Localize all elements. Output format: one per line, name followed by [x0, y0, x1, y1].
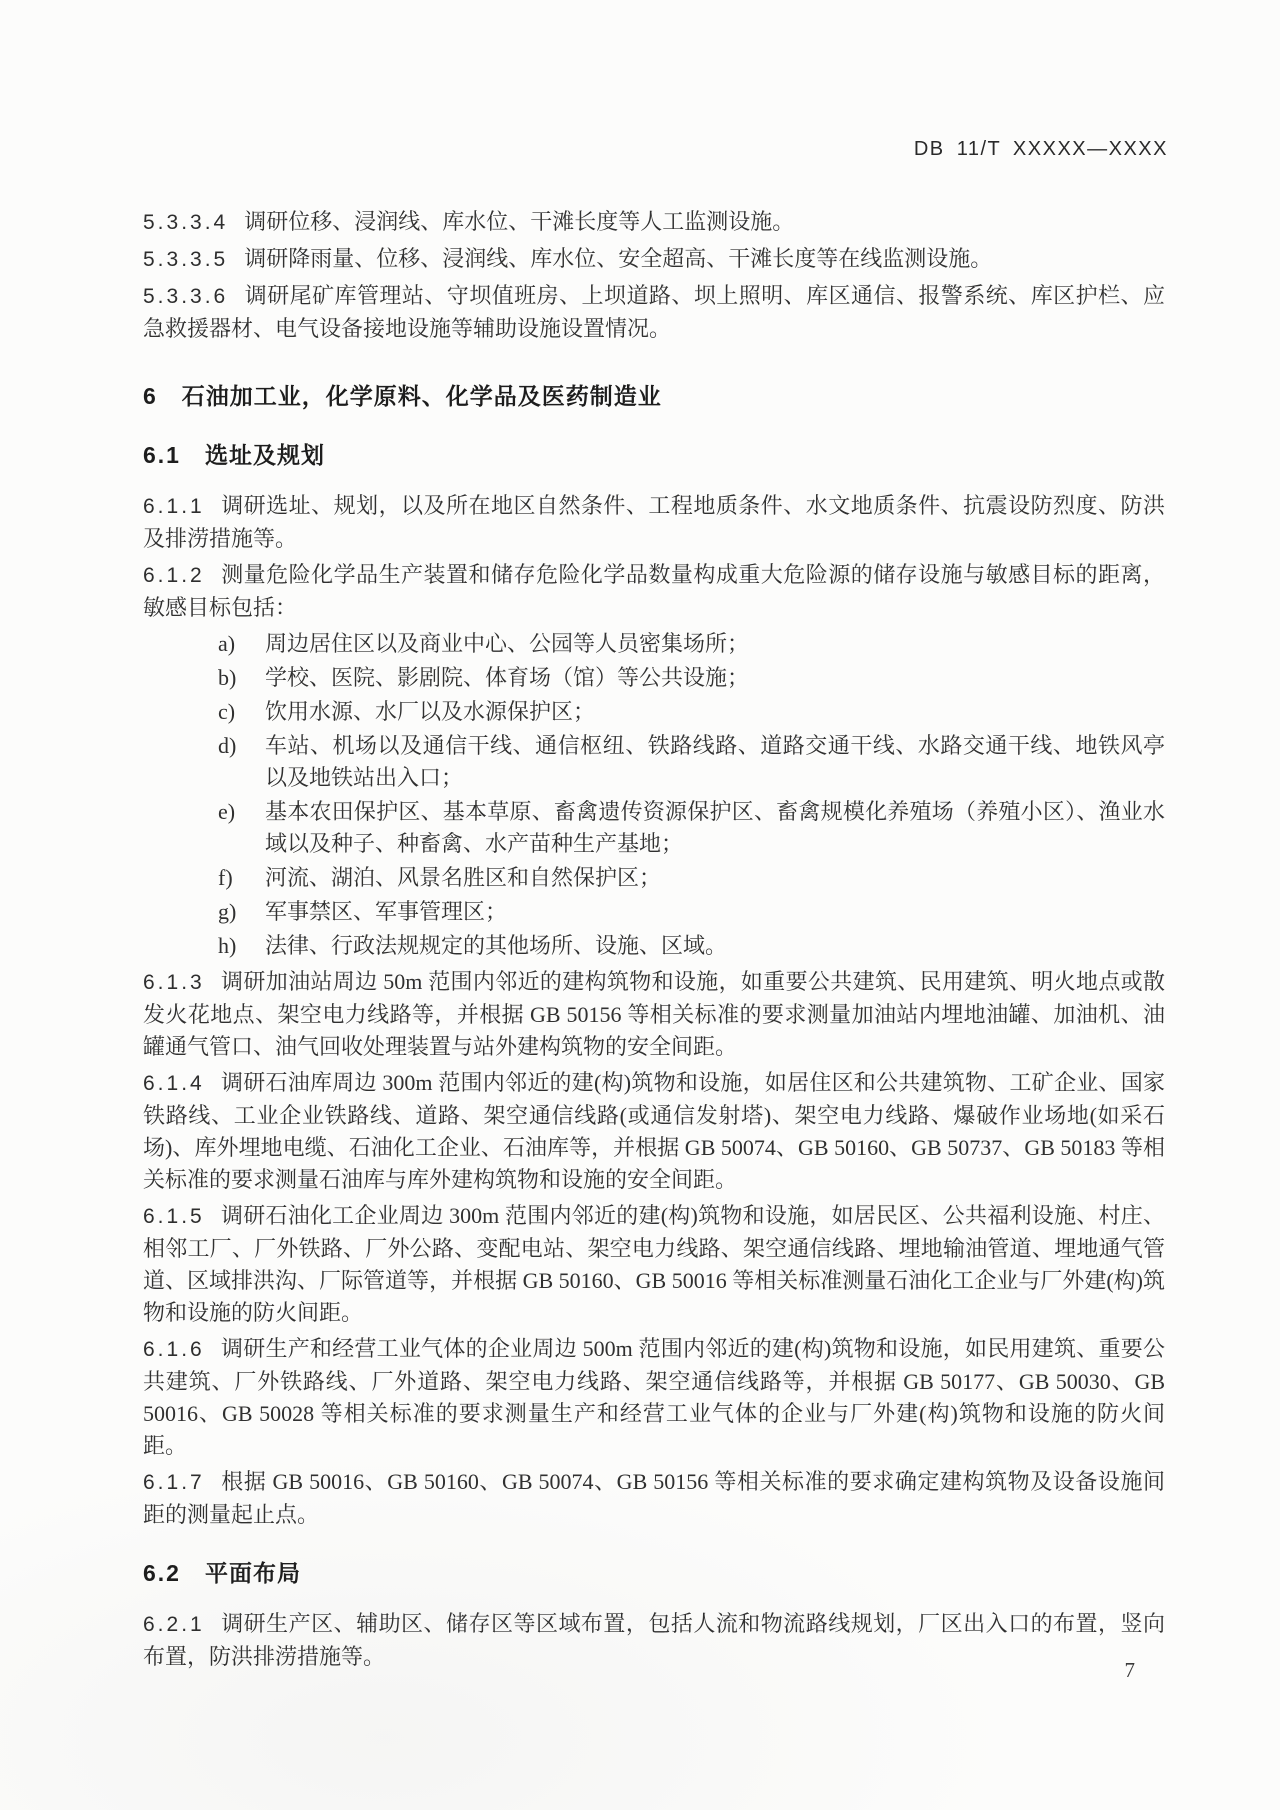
- clause-5-3-3-4: 5.3.3.4调研位移、浸润线、库水位、干滩长度等人工监测设施。: [143, 206, 1165, 239]
- clause-text: 根据 GB 50016、GB 50160、GB 50074、GB 50156 等…: [143, 1469, 1165, 1527]
- clause-text: 调研降雨量、位移、浸润线、库水位、安全超高、干滩长度等在线监测设施。: [244, 246, 992, 271]
- clause-number: 6.1.4: [143, 1072, 205, 1095]
- clause-6-1-6: 6.1.6调研生产和经营工业气体的企业周边 500m 范围内邻近的建(构)筑物和…: [143, 1333, 1165, 1462]
- clause-number: 6.1.5: [143, 1205, 205, 1228]
- list-item-text: 学校、医院、影剧院、体育场（馆）等公共设施；: [265, 665, 749, 690]
- clause-number: 5.3.3.6: [143, 285, 228, 308]
- clause-text: 调研生产区、辅助区、储存区等区域布置，包括人流和物流路线规划，厂区出入口的布置，…: [143, 1611, 1165, 1669]
- clause-text: 调研尾矿库管理站、守坝值班房、上坝道路、坝上照明、库区通信、报警系统、库区护栏、…: [143, 283, 1165, 341]
- sensitive-targets-list: a)周边居住区以及商业中心、公园等人员密集场所； b)学校、医院、影剧院、体育场…: [143, 628, 1165, 962]
- clause-text: 调研位移、浸润线、库水位、干滩长度等人工监测设施。: [244, 209, 794, 234]
- section-title: 平面布局: [205, 1560, 301, 1586]
- list-item: h)法律、行政法规规定的其他场所、设施、区域。: [143, 930, 1165, 962]
- clause-number: 5.3.3.5: [143, 248, 228, 271]
- list-item-text: 法律、行政法规规定的其他场所、设施、区域。: [265, 933, 727, 958]
- clause-number: 6.1.1: [143, 495, 205, 518]
- page-header: DB 11/T XXXXX—XXXX: [914, 138, 1168, 161]
- clause-number: 6.1.2: [143, 564, 205, 587]
- list-item-text: 车站、机场以及通信干线、通信枢纽、铁路线路、道路交通干线、水路交通干线、地铁风亭…: [265, 733, 1165, 790]
- clause-text: 调研加油站周边 50m 范围内邻近的建构筑物和设施，如重要公共建筑、民用建筑、明…: [143, 969, 1165, 1059]
- clause-number: 6.1.7: [143, 1471, 205, 1494]
- list-item-label: f): [218, 862, 233, 894]
- list-item-text: 河流、湖泊、风景名胜区和自然保护区；: [265, 865, 661, 890]
- clause-5-3-3-5: 5.3.3.5调研降雨量、位移、浸润线、库水位、安全超高、干滩长度等在线监测设施…: [143, 243, 1165, 276]
- clause-6-1-5: 6.1.5调研石油化工企业周边 300m 范围内邻近的建(构)筑物和设施，如居民…: [143, 1200, 1165, 1329]
- list-item: c)饮用水源、水厂以及水源保护区；: [143, 696, 1165, 728]
- clause-number: 5.3.3.4: [143, 211, 228, 234]
- clause-number: 6.1.3: [143, 971, 205, 994]
- list-item: d)车站、机场以及通信干线、通信枢纽、铁路线路、道路交通干线、水路交通干线、地铁…: [143, 730, 1165, 794]
- list-item-label: c): [218, 696, 235, 728]
- list-item-text: 周边居住区以及商业中心、公园等人员密集场所；: [265, 631, 749, 656]
- list-item-text: 基本农田保护区、基本草原、畜禽遗传资源保护区、畜禽规模化养殖场（养殖小区）、渔业…: [265, 799, 1165, 856]
- section-title: 石油加工业，化学原料、化学品及医药制造业: [182, 383, 662, 409]
- list-item-text: 军事禁区、军事管理区；: [265, 899, 507, 924]
- clause-6-2-1: 6.2.1调研生产区、辅助区、储存区等区域布置，包括人流和物流路线规划，厂区出入…: [143, 1608, 1165, 1673]
- list-item-label: e): [218, 796, 235, 828]
- clause-text: 调研石油库周边 300m 范围内邻近的建(构)筑物和设施，如居住区和公共建筑物、…: [143, 1070, 1165, 1192]
- clause-5-3-3-6: 5.3.3.6调研尾矿库管理站、守坝值班房、上坝道路、坝上照明、库区通信、报警系…: [143, 280, 1165, 345]
- clause-6-1-7: 6.1.7根据 GB 50016、GB 50160、GB 50074、GB 50…: [143, 1466, 1165, 1531]
- page-number: 7: [1125, 1658, 1136, 1683]
- clause-text: 调研石油化工企业周边 300m 范围内邻近的建(构)筑物和设施，如居民区、公共福…: [143, 1203, 1165, 1325]
- section-6-1-heading: 6.1选址及规划: [143, 438, 1165, 472]
- clause-6-1-3: 6.1.3调研加油站周边 50m 范围内邻近的建构筑物和设施，如重要公共建筑、民…: [143, 966, 1165, 1063]
- section-number: 6.1: [143, 442, 181, 468]
- section-title: 选址及规划: [205, 442, 325, 468]
- list-item-label: b): [218, 662, 236, 694]
- list-item: a)周边居住区以及商业中心、公园等人员密集场所；: [143, 628, 1165, 660]
- clause-6-1-4: 6.1.4调研石油库周边 300m 范围内邻近的建(构)筑物和设施，如居住区和公…: [143, 1067, 1165, 1196]
- clause-text: 调研选址、规划，以及所在地区自然条件、工程地质条件、水文地质条件、抗震设防烈度、…: [143, 493, 1165, 551]
- section-number: 6: [143, 383, 158, 409]
- clause-6-1-1: 6.1.1调研选址、规划，以及所在地区自然条件、工程地质条件、水文地质条件、抗震…: [143, 490, 1165, 555]
- section-6-2-heading: 6.2平面布局: [143, 1556, 1165, 1590]
- section-number: 6.2: [143, 1560, 181, 1586]
- list-item-label: d): [218, 730, 236, 762]
- clause-text: 调研生产和经营工业气体的企业周边 500m 范围内邻近的建(构)筑物和设施，如民…: [143, 1336, 1165, 1458]
- clause-number: 6.2.1: [143, 1613, 205, 1636]
- list-item-label: h): [218, 930, 236, 962]
- list-item: f)河流、湖泊、风景名胜区和自然保护区；: [143, 862, 1165, 894]
- clause-text: 测量危险化学品生产装置和储存危险化学品数量构成重大危险源的储存设施与敏感目标的距…: [143, 562, 1165, 620]
- clause-6-1-2: 6.1.2测量危险化学品生产装置和储存危险化学品数量构成重大危险源的储存设施与敏…: [143, 559, 1165, 624]
- list-item: g)军事禁区、军事管理区；: [143, 896, 1165, 928]
- list-item-text: 饮用水源、水厂以及水源保护区；: [265, 699, 595, 724]
- clause-number: 6.1.6: [143, 1338, 205, 1361]
- list-item: b)学校、医院、影剧院、体育场（馆）等公共设施；: [143, 662, 1165, 694]
- list-item: e)基本农田保护区、基本草原、畜禽遗传资源保护区、畜禽规模化养殖场（养殖小区）、…: [143, 796, 1165, 860]
- list-item-label: g): [218, 896, 236, 928]
- list-item-label: a): [218, 628, 235, 660]
- document-content: 5.3.3.4调研位移、浸润线、库水位、干滩长度等人工监测设施。 5.3.3.5…: [143, 206, 1165, 1673]
- doc-number: DB 11/T XXXXX—XXXX: [914, 138, 1168, 160]
- section-6-heading: 6石油加工业，化学原料、化学品及医药制造业: [143, 379, 1165, 413]
- document-page: DB 11/T XXXXX—XXXX 5.3.3.4调研位移、浸润线、库水位、干…: [0, 0, 1280, 1810]
